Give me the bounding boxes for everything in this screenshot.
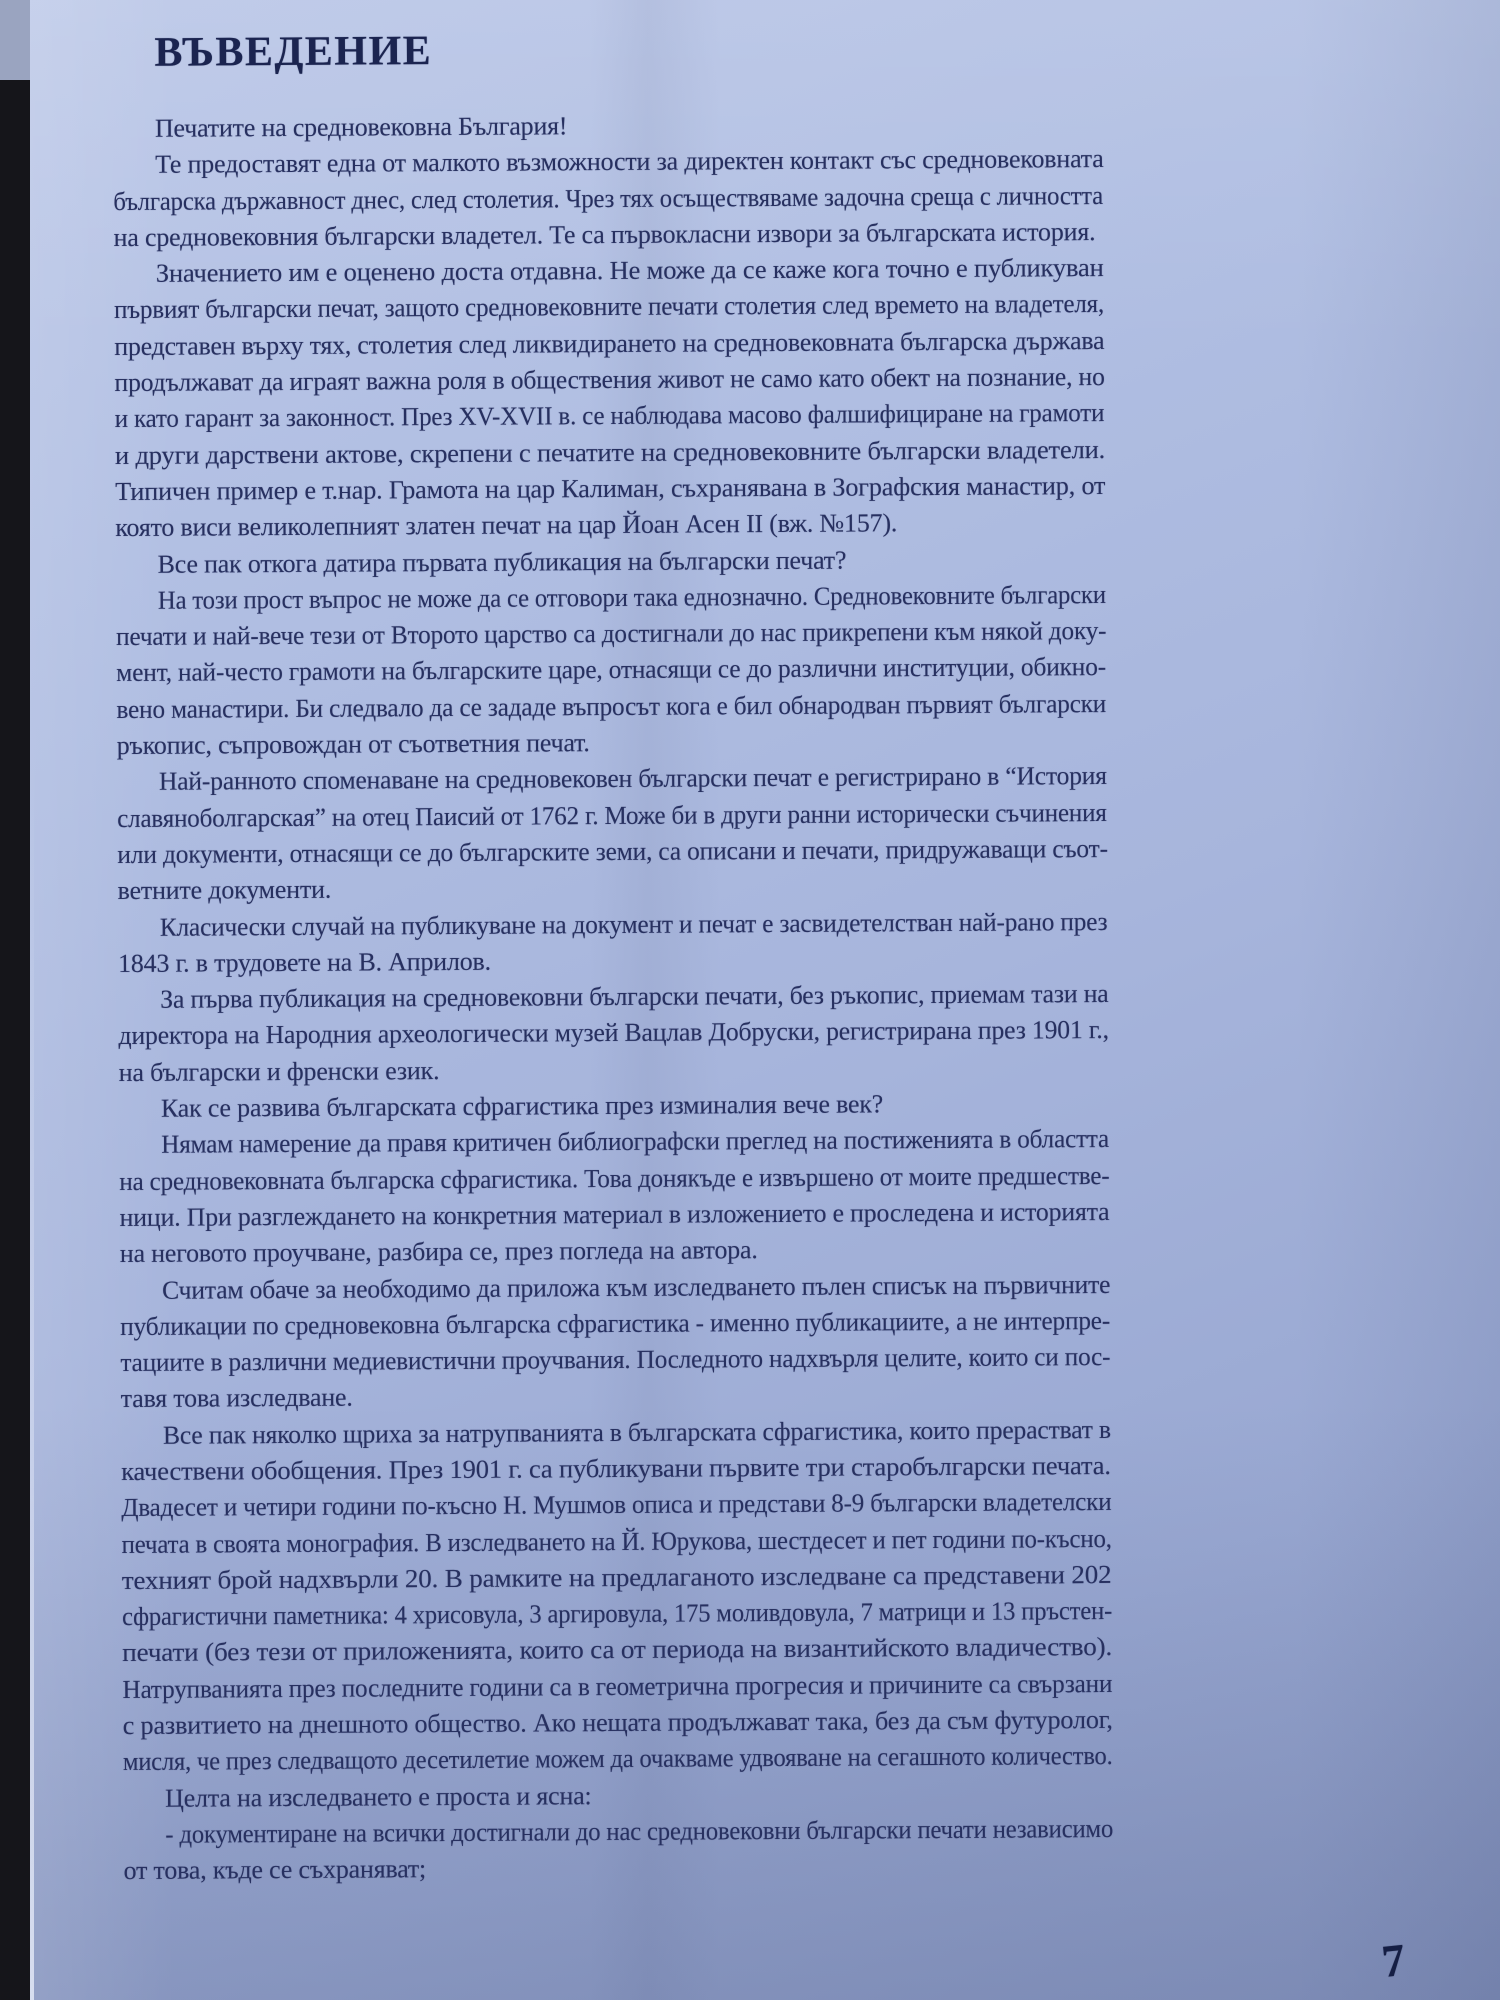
- text-line: Двадесет и четири години по-късно Н. Муш…: [121, 1484, 1111, 1526]
- text-line: Нямам намерение да правя критичен библио…: [119, 1121, 1109, 1163]
- text-line: или документи, отнасящи се до българскит…: [117, 831, 1107, 873]
- text-line: Значението им е оценено доста отдавна. Н…: [114, 250, 1104, 292]
- text-line: вено манастири. Би следвало да се зададе…: [116, 686, 1106, 728]
- text-line: представен върху тях, столетия след ликв…: [114, 323, 1104, 365]
- text-line: печата в своята монография. В изследване…: [121, 1521, 1111, 1563]
- text-line: Целта на изследването е проста и ясна:: [123, 1775, 1113, 1817]
- text-line: Считам обаче за необходимо да приложа къ…: [120, 1266, 1110, 1308]
- paragraphs: Печатите на средновековна България!Те пр…: [113, 105, 1114, 1890]
- text-line: Те предоставят една от малкото възможнос…: [113, 141, 1103, 183]
- text-line: българска държавност днес, след столетия…: [113, 178, 1103, 220]
- page-title: ВЪВЕДЕНИЕ: [112, 23, 1102, 77]
- text-line: на неговото проучване, разбира се, през …: [120, 1230, 1110, 1272]
- text-line: печати и най-вече тези от Второто царств…: [116, 613, 1106, 655]
- text-line: Натрупванията през последните години са …: [122, 1666, 1112, 1708]
- text-line: тавя това изследване.: [121, 1375, 1111, 1417]
- text-line: - документиране на всички достигнали до …: [123, 1811, 1113, 1853]
- text-line: мент, най-често грамоти на българските ц…: [116, 649, 1106, 691]
- text-line: първият български печат, защото среднове…: [114, 286, 1104, 328]
- text-line: За първа публикация на средновековни бъл…: [118, 976, 1108, 1018]
- text-line: тациите в различни медиевистични проучва…: [120, 1339, 1110, 1381]
- text-line: славяноболгарская” на отец Паисий от 176…: [117, 795, 1107, 837]
- text-line: и други дарствени актове, скрепени с печ…: [115, 432, 1105, 474]
- text-line: от това, къде се съхраняват;: [123, 1847, 1113, 1889]
- text-line: с развитието на днешното общество. Ако н…: [123, 1702, 1113, 1744]
- text-line: на български и френски език.: [119, 1049, 1109, 1091]
- text-line: ници. При разглеждането на конкретния ма…: [119, 1194, 1109, 1236]
- text-line: публикации по средновековна българска сф…: [120, 1303, 1110, 1345]
- scan-edge-dark-strip: [0, 80, 30, 2000]
- text-line: продължават да играят важна роля в общес…: [114, 359, 1104, 401]
- text-line: сфрагистични паметника: 4 хрисовула, 3 а…: [122, 1593, 1112, 1635]
- text-line: която виси великолепният златен печат на…: [115, 504, 1105, 546]
- text-line: качествени обобщения. През 1901 г. са пу…: [121, 1448, 1111, 1490]
- text-line: Печатите на средновековна България!: [113, 105, 1103, 147]
- text-line: Най-ранното споменаване на средновековен…: [117, 758, 1107, 800]
- text-line: 1843 г. в трудовете на В. Априлов.: [118, 940, 1108, 982]
- text-line: ветните документи.: [117, 867, 1107, 909]
- text-line: и като гарант за законност. През XV-XVII…: [115, 395, 1105, 437]
- scan-edge-top: [0, 0, 30, 80]
- page-content: ВЪВЕДЕНИЕ Печатите на средновековна Бълг…: [112, 23, 1113, 1890]
- text-line: мисля, че през следващото десетилетие мо…: [123, 1738, 1113, 1780]
- text-line: Класически случай на публикуване на доку…: [118, 904, 1108, 946]
- text-line: на средновековната българска сфрагистика…: [119, 1158, 1109, 1200]
- text-line: Все пак откога датира първата публикация…: [115, 541, 1105, 583]
- text-line: директора на Народния археологически муз…: [118, 1012, 1108, 1054]
- text-line: печати (без тези от приложенията, които …: [122, 1629, 1112, 1671]
- text-line: Типичен пример е т.нар. Грамота на цар К…: [115, 468, 1105, 510]
- page-number: 7: [1379, 1933, 1407, 1988]
- text-line: на средновековния български владетел. Те…: [113, 214, 1103, 256]
- text-line: ръкопис, съпровождан от съответния печат…: [117, 722, 1107, 764]
- text-line: Как се развива българската сфрагистика п…: [119, 1085, 1109, 1127]
- text-line: На този прост въпрос не може да се отгов…: [116, 577, 1106, 619]
- book-page-scan: ВЪВЕДЕНИЕ Печатите на средновековна Бълг…: [30, 0, 1500, 2000]
- text-line: техният брой надхвърли 20. В рамките на …: [122, 1557, 1112, 1599]
- text-line: Все пак няколко щриха за натрупванията в…: [121, 1412, 1111, 1454]
